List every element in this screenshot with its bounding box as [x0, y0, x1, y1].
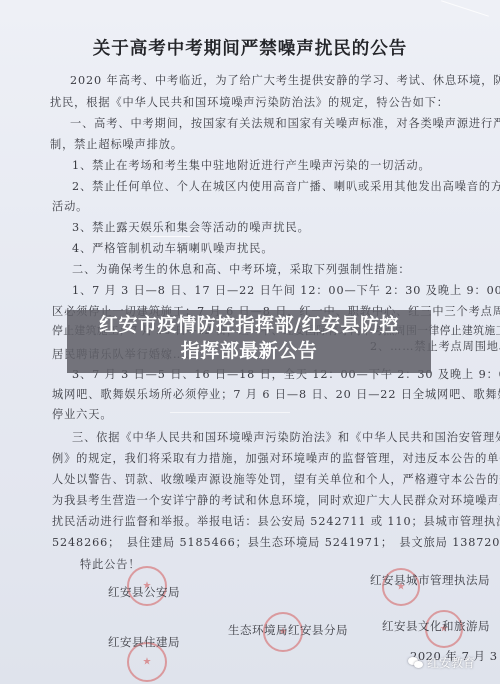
- body-line: 活动。: [52, 198, 88, 214]
- body-line: 例》的规定，我们将采取有力措施，加强对环境噪声的监督管理，对违反本公告的单位和个: [52, 450, 500, 466]
- body-line: 3、禁止露天娱乐和集会等活动的噪声扰民。: [72, 219, 310, 235]
- body-line: 2、禁止任何单位、个人在城区内使用高音广播、喇叭或采用其他发出高噪音的方法举行: [72, 178, 500, 194]
- body-line: 三、依据《中华人民共和国环境噪声污染防治法》和《中华人民共和国治安管理处罚条: [72, 429, 500, 445]
- signatory-urban-mgmt: 红安县城市管理执法局: [370, 572, 490, 588]
- body-line: 制，禁止超标噪声排放。: [50, 136, 183, 152]
- body-line: 4、严格管制机动车辆喇叭噪声扰民。: [72, 240, 273, 256]
- source-watermark: 红安教育: [408, 654, 475, 671]
- signatory-culture-tourism: 红安县文化和旅游局: [382, 618, 490, 634]
- signatory-environment: 生态环境局红安县分局: [228, 622, 348, 638]
- paper-crease: [170, 412, 290, 413]
- notice-title: 关于高考中考期间严禁噪声扰民的公告: [0, 35, 500, 60]
- watermark-label: 红安教育: [427, 654, 475, 671]
- signatory-housing: 红安县住建局: [108, 634, 180, 650]
- body-line: 为我县考生营造一个安详宁静的考试和休息环境，同时欢迎广大人民群众对环境噪声超标和: [52, 492, 500, 508]
- headline-overlay-text: 红安市疫情防控指挥部/红安县防控 指挥部最新公告: [67, 312, 431, 364]
- body-line: 5248266； 县住建局 5185466；县生态环境局 5241971； 县文…: [52, 534, 500, 550]
- body-line: 1、禁止在考场和考生集中驻地附近进行产生噪声污染的一切活动。: [72, 157, 431, 173]
- body-line: 人处以警告、罚款、收缴噪声源设施等处罚，望有关单位和个人，严格遵守本公告的规定，: [52, 471, 500, 487]
- closing-line: 特此公告！: [80, 556, 140, 572]
- body-line: 扰民活动进行监督和举报。举报电话：县公安局 5242711 或 110；县城市管…: [52, 513, 500, 529]
- paper-crease: [150, 236, 190, 237]
- body-line: 1、7 月 3 日—8 日、17 日—22 日午间 12：00—下午 2：30 …: [72, 282, 500, 298]
- body-line: 二、为确保考生的休息和高、中考环境，采取下列强制性措施：: [72, 261, 410, 277]
- headline-line-1: 红安市疫情防控指挥部/红安县防控: [67, 312, 431, 338]
- wechat-icon: [408, 657, 424, 669]
- paper-crease: [441, 0, 489, 16]
- signatory-police: 红安县公安局: [108, 584, 180, 600]
- headline-line-2: 指挥部最新公告: [67, 338, 431, 364]
- body-line: 城网吧、歌舞娱乐场所必须停业；7 月 6 日—8 日、20 日—22 日全城网吧…: [52, 386, 500, 402]
- body-line: 一、高考、中考期间，按国家有关法规和国家有关噪声标准，对各类噪声源进行严格控: [70, 115, 500, 131]
- body-line: 扰民，根据《中华人民共和国环境噪声污染防治法》的规定，特公告如下：: [50, 94, 449, 110]
- body-line: 停业六天。: [52, 406, 112, 422]
- body-line: 2020 年高考、中考临近，为了给广大考生提供安静的学习、考试、休息环境，防止噪…: [70, 72, 500, 88]
